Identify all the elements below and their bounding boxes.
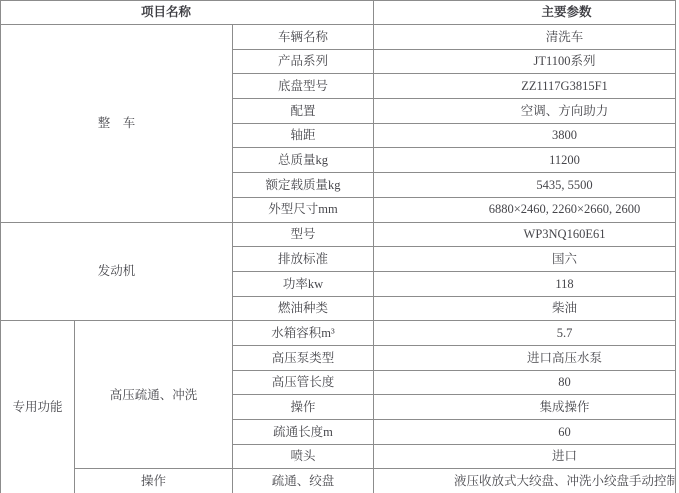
- table-row: 操作 疏通、绞盘 液压收放式大绞盘、冲洗小绞盘手动控制: [1, 469, 676, 493]
- param-value-cell: 3800: [374, 123, 676, 148]
- group-label-special: 专用功能: [1, 321, 75, 493]
- item-name-cell: 型号: [233, 222, 374, 247]
- param-value-cell: 空调、方向助力: [374, 99, 676, 124]
- item-name-cell: 额定载质量kg: [233, 173, 374, 198]
- param-value-cell: ZZ1117G3815F1: [374, 74, 676, 99]
- item-name-cell: 操作: [233, 395, 374, 420]
- param-value-cell: JT1100系列: [374, 49, 676, 74]
- header-row: 项目名称 主要参数: [1, 1, 676, 25]
- item-name-cell: 疏通、绞盘: [233, 469, 374, 493]
- param-value-cell: 进口: [374, 444, 676, 469]
- group-label-engine: 发动机: [1, 222, 233, 321]
- param-value-cell: 国六: [374, 247, 676, 272]
- param-value-cell: 11200: [374, 148, 676, 173]
- item-name-cell: 水箱容积m³: [233, 321, 374, 346]
- item-name-cell: 配置: [233, 99, 374, 124]
- param-value-cell: 5435, 5500: [374, 173, 676, 198]
- header-main-params: 主要参数: [374, 1, 676, 25]
- param-value-cell: 清洗车: [374, 25, 676, 50]
- item-name-cell: 轴距: [233, 123, 374, 148]
- group-label-vehicle: 整 车: [1, 25, 233, 223]
- param-value-cell: 80: [374, 370, 676, 395]
- item-name-cell: 车辆名称: [233, 25, 374, 50]
- item-name-cell: 底盘型号: [233, 74, 374, 99]
- param-value-cell: 液压收放式大绞盘、冲洗小绞盘手动控制: [374, 469, 676, 493]
- table-row: 发动机 型号 WP3NQ160E61: [1, 222, 676, 247]
- header-item-name: 项目名称: [1, 1, 374, 25]
- param-value-cell: 进口高压水泵: [374, 345, 676, 370]
- param-value-cell: WP3NQ160E61: [374, 222, 676, 247]
- param-value-cell: 柴油: [374, 296, 676, 321]
- item-name-cell: 产品系列: [233, 49, 374, 74]
- item-name-cell: 高压管长度: [233, 370, 374, 395]
- item-name-cell: 高压泵类型: [233, 345, 374, 370]
- item-name-cell: 总质量kg: [233, 148, 374, 173]
- item-name-cell: 排放标准: [233, 247, 374, 272]
- subgroup-label-operation: 操作: [75, 469, 233, 493]
- table-row: 专用功能 高压疏通、冲洗 水箱容积m³ 5.7: [1, 321, 676, 346]
- param-value-cell: 集成操作: [374, 395, 676, 420]
- item-name-cell: 功率kw: [233, 271, 374, 296]
- table-row: 整 车 车辆名称 清洗车: [1, 25, 676, 50]
- item-name-cell: 燃油种类: [233, 296, 374, 321]
- item-name-cell: 喷头: [233, 444, 374, 469]
- subgroup-label-flush: 高压疏通、冲洗: [75, 321, 233, 469]
- param-value-cell: 118: [374, 271, 676, 296]
- param-value-cell: 60: [374, 420, 676, 445]
- vehicle-spec-table: 项目名称 主要参数 整 车 车辆名称 清洗车 产品系列 JT1100系列 底盘型…: [0, 0, 676, 493]
- item-name-cell: 外型尺寸mm: [233, 197, 374, 222]
- param-value-cell: 5.7: [374, 321, 676, 346]
- param-value-cell: 6880×2460, 2260×2660, 2600: [374, 197, 676, 222]
- item-name-cell: 疏通长度m: [233, 420, 374, 445]
